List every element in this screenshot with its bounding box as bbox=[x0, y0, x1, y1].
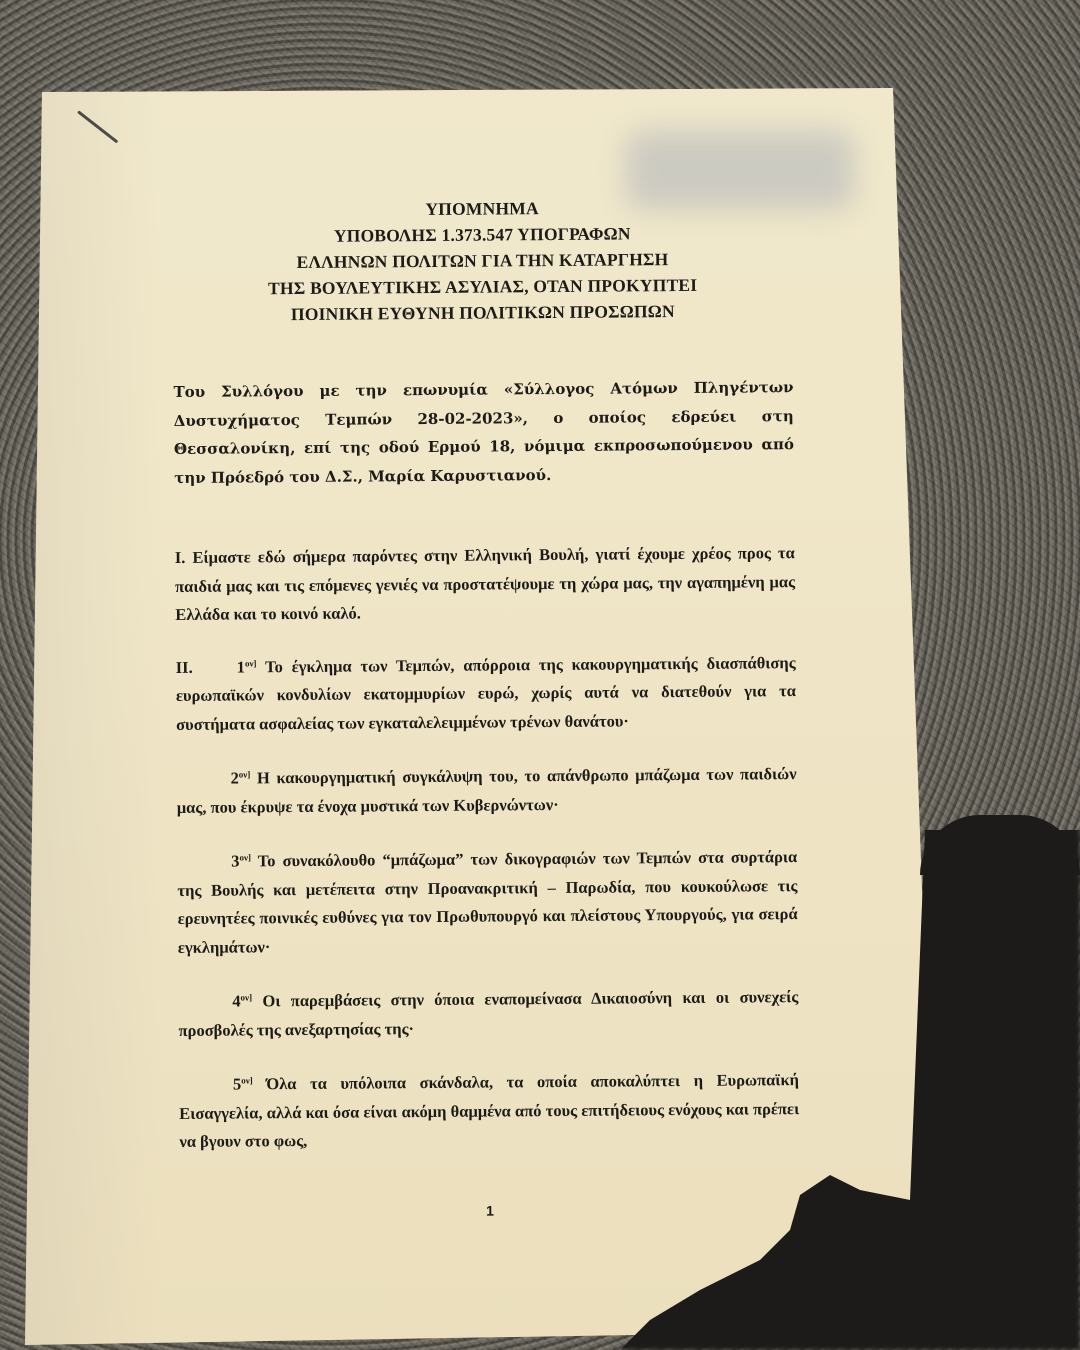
section-1-paragraph: Ι. Είμαστε εδώ σήμερα παρόντες στην Ελλη… bbox=[175, 539, 796, 629]
section-2-item-1: ΙΙ. 1ον] Το έγκλημα των Τεμπών, απόρροια… bbox=[176, 645, 797, 739]
section-text: Είμαστε εδώ σήμερα παρόντες στην Ελληνικ… bbox=[175, 543, 795, 624]
section-2-item-5: 5ον] Όλα τα υπόλοιπα σκάνδαλα, τα οποία … bbox=[179, 1062, 800, 1156]
item-ordinal: ον] bbox=[240, 992, 252, 1002]
item-text: Το έγκλημα των Τεμπών, απόρροια της κακο… bbox=[176, 653, 796, 734]
document-body: ΥΠΟΜΝΗΜΑ ΥΠΟΒΟΛΗΣ 1.373.547 ΥΠΟΓΡΑΦΩΝ ΕΛ… bbox=[172, 193, 800, 1220]
section-marker: Ι. bbox=[175, 548, 186, 567]
section-2-item-4: 4ον] Οι παρεμβάσεις στην όποια εναπομείν… bbox=[178, 979, 798, 1045]
item-ordinal: ον] bbox=[239, 769, 251, 779]
section-2-item-2: 2ον] Η κακουργηματική συγκάλυψη του, το … bbox=[176, 756, 796, 822]
item-ordinal: ον] bbox=[239, 852, 251, 862]
item-text: Όλα τα υπόλοιπα σκάνδαλα, τα οποία αποκα… bbox=[179, 1070, 799, 1151]
item-text: Η κακουργηματική συγκάλυψη του, το απάνθ… bbox=[177, 764, 797, 816]
item-ordinal: ον] bbox=[241, 1075, 253, 1085]
section-marker: ΙΙ. bbox=[176, 657, 193, 676]
item-ordinal: ον] bbox=[245, 658, 257, 668]
title-line: ΠΟΙΝΙΚΗ ΕΥΘΥΝΗ ΠΟΛΙΤΙΚΩΝ ΠΡΟΣΩΠΩΝ bbox=[163, 297, 803, 328]
item-text: Οι παρεμβάσεις στην όποια εναπομείνασα Δ… bbox=[178, 987, 798, 1039]
item-text: Το συνακόλουθο “μπάζωμα” των δικογραφιών… bbox=[177, 847, 797, 956]
section-2-item-3: 3ον] Το συνακόλουθο “μπάζωμα” των δικογρ… bbox=[177, 839, 798, 962]
document-title: ΥΠΟΜΝΗΜΑ ΥΠΟΒΟΛΗΣ 1.373.547 ΥΠΟΓΡΑΦΩΝ ΕΛ… bbox=[162, 193, 803, 328]
intro-paragraph: Του Συλλόγου με την επωνυμία «Σύλλογος Α… bbox=[173, 373, 794, 492]
